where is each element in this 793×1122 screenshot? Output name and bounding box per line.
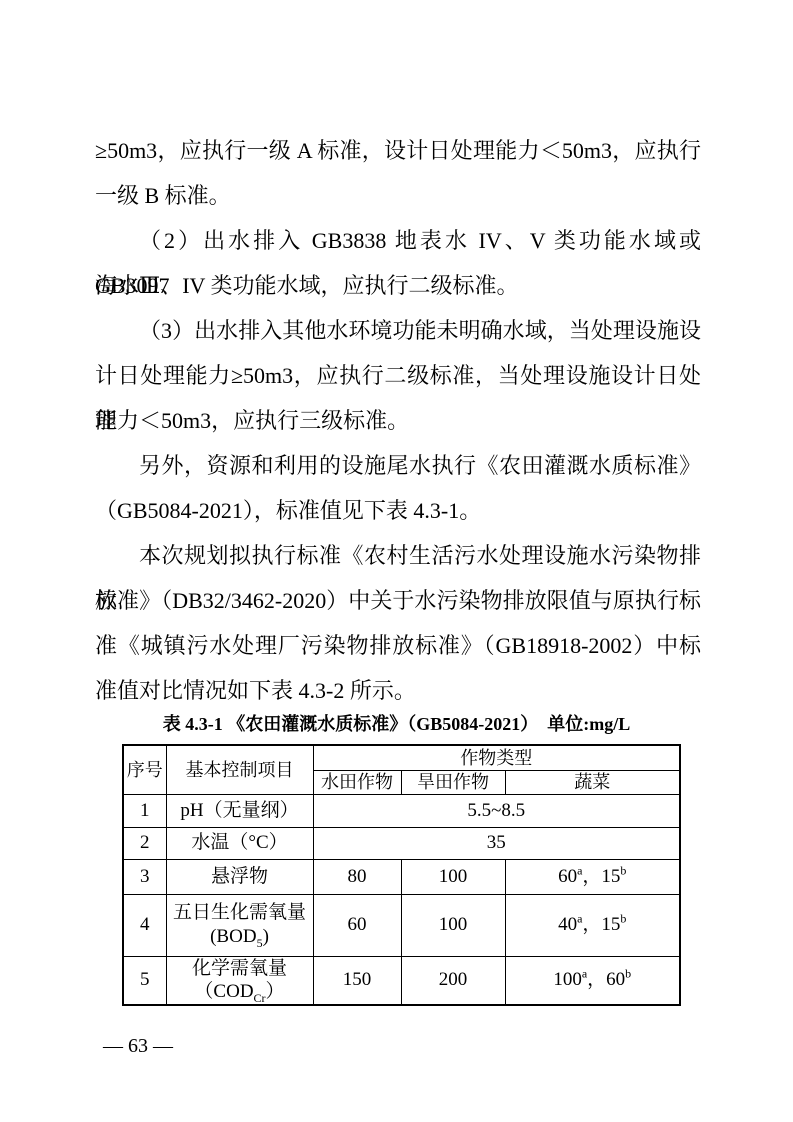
- table-row: 5 化学需氧量（CODCr） 150 200 100a，60b: [123, 956, 680, 1005]
- page-number: — 63 —: [103, 1034, 173, 1058]
- header-dry-crops: 旱田作物: [401, 771, 505, 795]
- cell-no: 4: [123, 894, 166, 956]
- cell-dry: 100: [401, 859, 505, 894]
- irrigation-standards-table: 序号 基本控制项目 作物类型 水田作物 旱田作物 蔬菜 1 pH（无量纲） 5.…: [122, 744, 681, 1006]
- body-line: 准《城镇污水处理厂污染物排放标准》（GB18918-2002）中标: [95, 623, 701, 668]
- header-paddy-crops: 水田作物: [313, 771, 401, 795]
- body-line: （2）出水排入 GB3838 地表水 IV、V 类功能水域或 GB3097: [95, 218, 701, 263]
- cell-item: 五日生化需氧量 (BOD5): [166, 894, 313, 956]
- document-page: ≥50m3，应执行一级 A 标准，设计日处理能力＜50m3，应执行 一级 B 标…: [0, 0, 793, 1122]
- body-line: （3）出水排入其他水环境功能未明确水域，当处理设施设: [95, 308, 701, 353]
- header-col-item: 基本控制项目: [166, 745, 313, 794]
- cell-paddy: 60: [313, 894, 401, 956]
- cell-paddy: 80: [313, 859, 401, 894]
- cell-veg: 100a，60b: [505, 956, 680, 1005]
- cell-no: 2: [123, 827, 166, 859]
- cell-item: pH（无量纲）: [166, 794, 313, 827]
- header-crop-type: 作物类型: [313, 745, 680, 771]
- table-row: 4 五日生化需氧量 (BOD5) 60 100 40a，15b: [123, 894, 680, 956]
- cell-merged-value: 5.5~8.5: [313, 794, 680, 827]
- body-line: 另外，资源和利用的设施尾水执行《农田灌溉水质标准》: [95, 443, 701, 488]
- cell-merged-value: 35: [313, 827, 680, 859]
- cell-dry: 100: [401, 894, 505, 956]
- cell-no: 1: [123, 794, 166, 827]
- cell-no: 5: [123, 956, 166, 1005]
- cell-item: 水温（°C）: [166, 827, 313, 859]
- table-header-row-1: 序号 基本控制项目 作物类型: [123, 745, 680, 771]
- table-row: 3 悬浮物 80 100 60a，15b: [123, 859, 680, 894]
- cell-veg: 40a，15b: [505, 894, 680, 956]
- cell-paddy: 150: [313, 956, 401, 1005]
- table-row: 2 水温（°C） 35: [123, 827, 680, 859]
- body-line: （GB5084-2021），标准值见下表 4.3-1。: [95, 488, 701, 533]
- table-caption: 表 4.3-1 《农田灌溉水质标准》（GB5084-2021） 单位:mg/L: [0, 711, 793, 737]
- header-col-no: 序号: [123, 745, 166, 794]
- cell-no: 3: [123, 859, 166, 894]
- body-line: 海水Ⅲ、IV 类功能水域，应执行二级标准。: [95, 263, 701, 308]
- cell-veg: 60a，15b: [505, 859, 680, 894]
- header-vegetables: 蔬菜: [505, 771, 680, 795]
- body-line: 准值对比情况如下表 4.3-2 所示。: [95, 668, 701, 713]
- body-line: 标准》（DB32/3462-2020）中关于水污染物排放限值与原执行标: [95, 578, 701, 623]
- body-line: 能力＜50m3，应执行三级标准。: [95, 398, 701, 443]
- cell-dry: 200: [401, 956, 505, 1005]
- body-line: 本次规划拟执行标准《农村生活污水处理设施水污染物排放: [95, 533, 701, 578]
- body-text: ≥50m3，应执行一级 A 标准，设计日处理能力＜50m3，应执行 一级 B 标…: [95, 128, 701, 713]
- body-line: ≥50m3，应执行一级 A 标准，设计日处理能力＜50m3，应执行: [95, 128, 701, 173]
- body-line: 一级 B 标准。: [95, 173, 701, 218]
- table-row: 1 pH（无量纲） 5.5~8.5: [123, 794, 680, 827]
- cell-item: 化学需氧量（CODCr）: [166, 956, 313, 1005]
- cell-item: 悬浮物: [166, 859, 313, 894]
- body-line: 计日处理能力≥50m3，应执行二级标准，当处理设施设计日处理: [95, 353, 701, 398]
